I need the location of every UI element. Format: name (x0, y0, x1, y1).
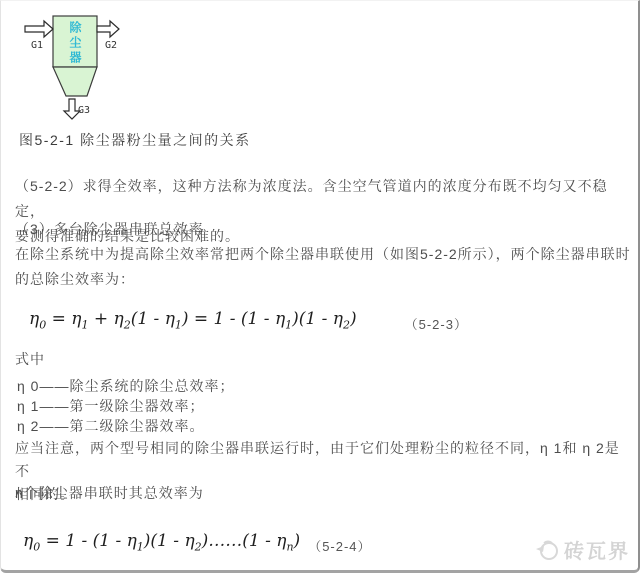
outlet-arrow-icon (97, 21, 119, 37)
formula-two-stage-body: η0 = η1 + η2(1 - η1) = 1 - (1 - η1)(1 - … (29, 309, 357, 329)
figure-caption: 图5-2-1 除尘器粉尘量之间的关系 (19, 130, 251, 150)
brick-tile-world-logo-icon (534, 537, 560, 563)
equation-number-5-2-4: （5-2-4） (308, 539, 371, 554)
collector-hopper-shape (53, 67, 97, 96)
paragraph-n-series: n个除尘器串联时其总效率为 (15, 481, 631, 506)
symbol-def-eta2: η 2——第二级除尘器效率。 (17, 416, 234, 436)
symbol-def-eta1: η 1——第一级除尘器效率； (17, 396, 234, 416)
watermark: 砖瓦界 (534, 535, 630, 564)
symbol-def-eta0: η 0——除尘系统的除尘总效率； (17, 376, 234, 396)
formula-n-stage-body: η0 = 1 - (1 - η1)(1 - η2)……(1 - ηn) (23, 531, 300, 551)
where-label: 式中 (15, 347, 45, 372)
inlet-flow-label: G1 (31, 40, 43, 51)
inlet-arrow-icon (25, 21, 53, 37)
discharge-flow-label: G3 (78, 105, 90, 116)
formula-n-stage-efficiency: η0 = 1 - (1 - η1)(1 - η2)……(1 - ηn)（5-2-… (23, 531, 372, 553)
paragraph-series-intro: 在除尘系统中为提高除尘效率常把两个除尘器串联使用（如图5-2-2所示），两个除尘… (15, 242, 631, 292)
document-page: G1 G2 G3 除尘器 图5-2-1 除尘器粉尘量之间的关系 （5-2-2）求… (0, 0, 640, 573)
device-name-label: 除尘器 (69, 21, 81, 66)
outlet-flow-label: G2 (105, 40, 117, 51)
dust-collector-diagram: G1 G2 G3 除尘器 (13, 7, 148, 127)
watermark-text: 砖瓦界 (564, 535, 630, 564)
heading-series-efficiency: （3）多台除尘器串联总效率 (15, 217, 631, 242)
formula-two-stage-efficiency: η0 = η1 + η2(1 - η1) = 1 - (1 - η1)(1 - … (29, 309, 468, 331)
symbol-definitions-list: η 0——除尘系统的除尘总效率； η 1——第一级除尘器效率； η 2——第二级… (17, 376, 234, 436)
equation-number-5-2-3: （5-2-3） (405, 317, 468, 332)
